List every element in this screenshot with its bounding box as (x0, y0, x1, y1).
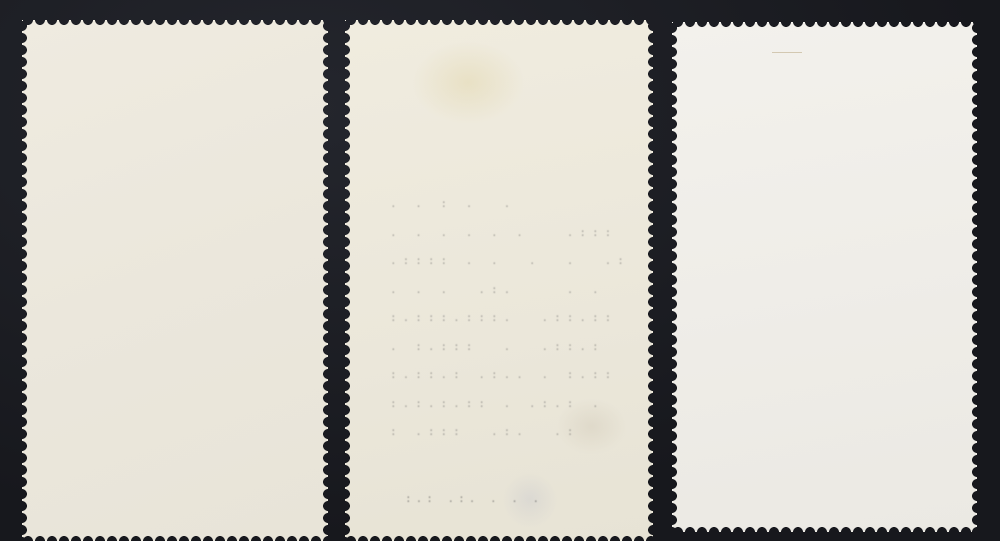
stamp-back-middle: . . : . . . . . . . . .:::.:::: . . . . … (345, 20, 653, 541)
stamp-paper (672, 22, 977, 532)
show-through-signature: :.: .:. . . . (405, 492, 543, 505)
stamp-paper (22, 20, 328, 541)
paper-crease (772, 52, 802, 53)
show-through-text: . . : . . . . . . . . .:::.:::: . . . . … (390, 190, 610, 447)
stamp-back-right (672, 22, 977, 532)
stamp-paper: . . : . . . . . . . . .:::.:::: . . . . … (345, 20, 653, 541)
stamp-back-left (22, 20, 328, 541)
